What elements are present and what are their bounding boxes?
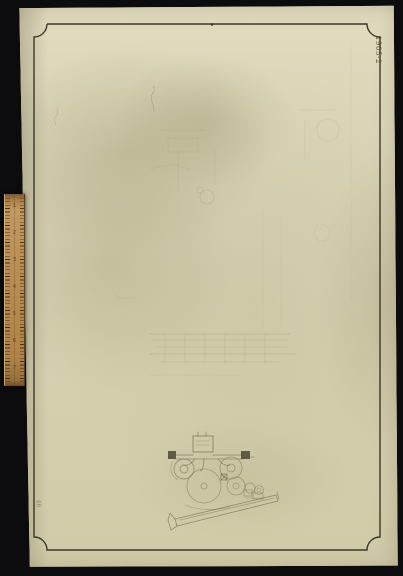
inventory-number: 1905-2 bbox=[374, 34, 382, 66]
ruler-number: 1 bbox=[5, 203, 24, 209]
hatched-block bbox=[221, 474, 227, 480]
wall-anchor-right bbox=[241, 451, 250, 459]
ruler-number: 5 bbox=[5, 311, 24, 317]
pencil-annotation bbox=[151, 86, 154, 111]
ruler-number: 3 bbox=[5, 257, 24, 263]
wall-anchor-left bbox=[168, 451, 176, 459]
ruler-ticks-left bbox=[5, 198, 10, 382]
ruler-number: 7 bbox=[5, 365, 24, 371]
ruler-ticks-right bbox=[20, 198, 25, 382]
ruler-number: 2 bbox=[5, 230, 24, 236]
pencil-annotation bbox=[55, 109, 58, 125]
sheet-drawing-overlay bbox=[0, 0, 403, 576]
pencil-sketch-layer bbox=[55, 40, 352, 375]
ink-plan-drawing bbox=[168, 432, 279, 530]
corner-number: 46 bbox=[34, 493, 42, 513]
ink-blemish bbox=[211, 23, 214, 26]
ruler-midline bbox=[14, 196, 15, 384]
ruler-number: 6 bbox=[5, 338, 24, 344]
photo-backdrop: 1905-2 46 1 2 3 4 5 6 7 bbox=[0, 0, 403, 576]
ruler-number: 4 bbox=[5, 284, 24, 290]
border-frame bbox=[34, 23, 380, 550]
pencil-elevation-sketch bbox=[150, 334, 295, 375]
scale-ruler: 1 2 3 4 5 6 7 bbox=[4, 194, 25, 386]
